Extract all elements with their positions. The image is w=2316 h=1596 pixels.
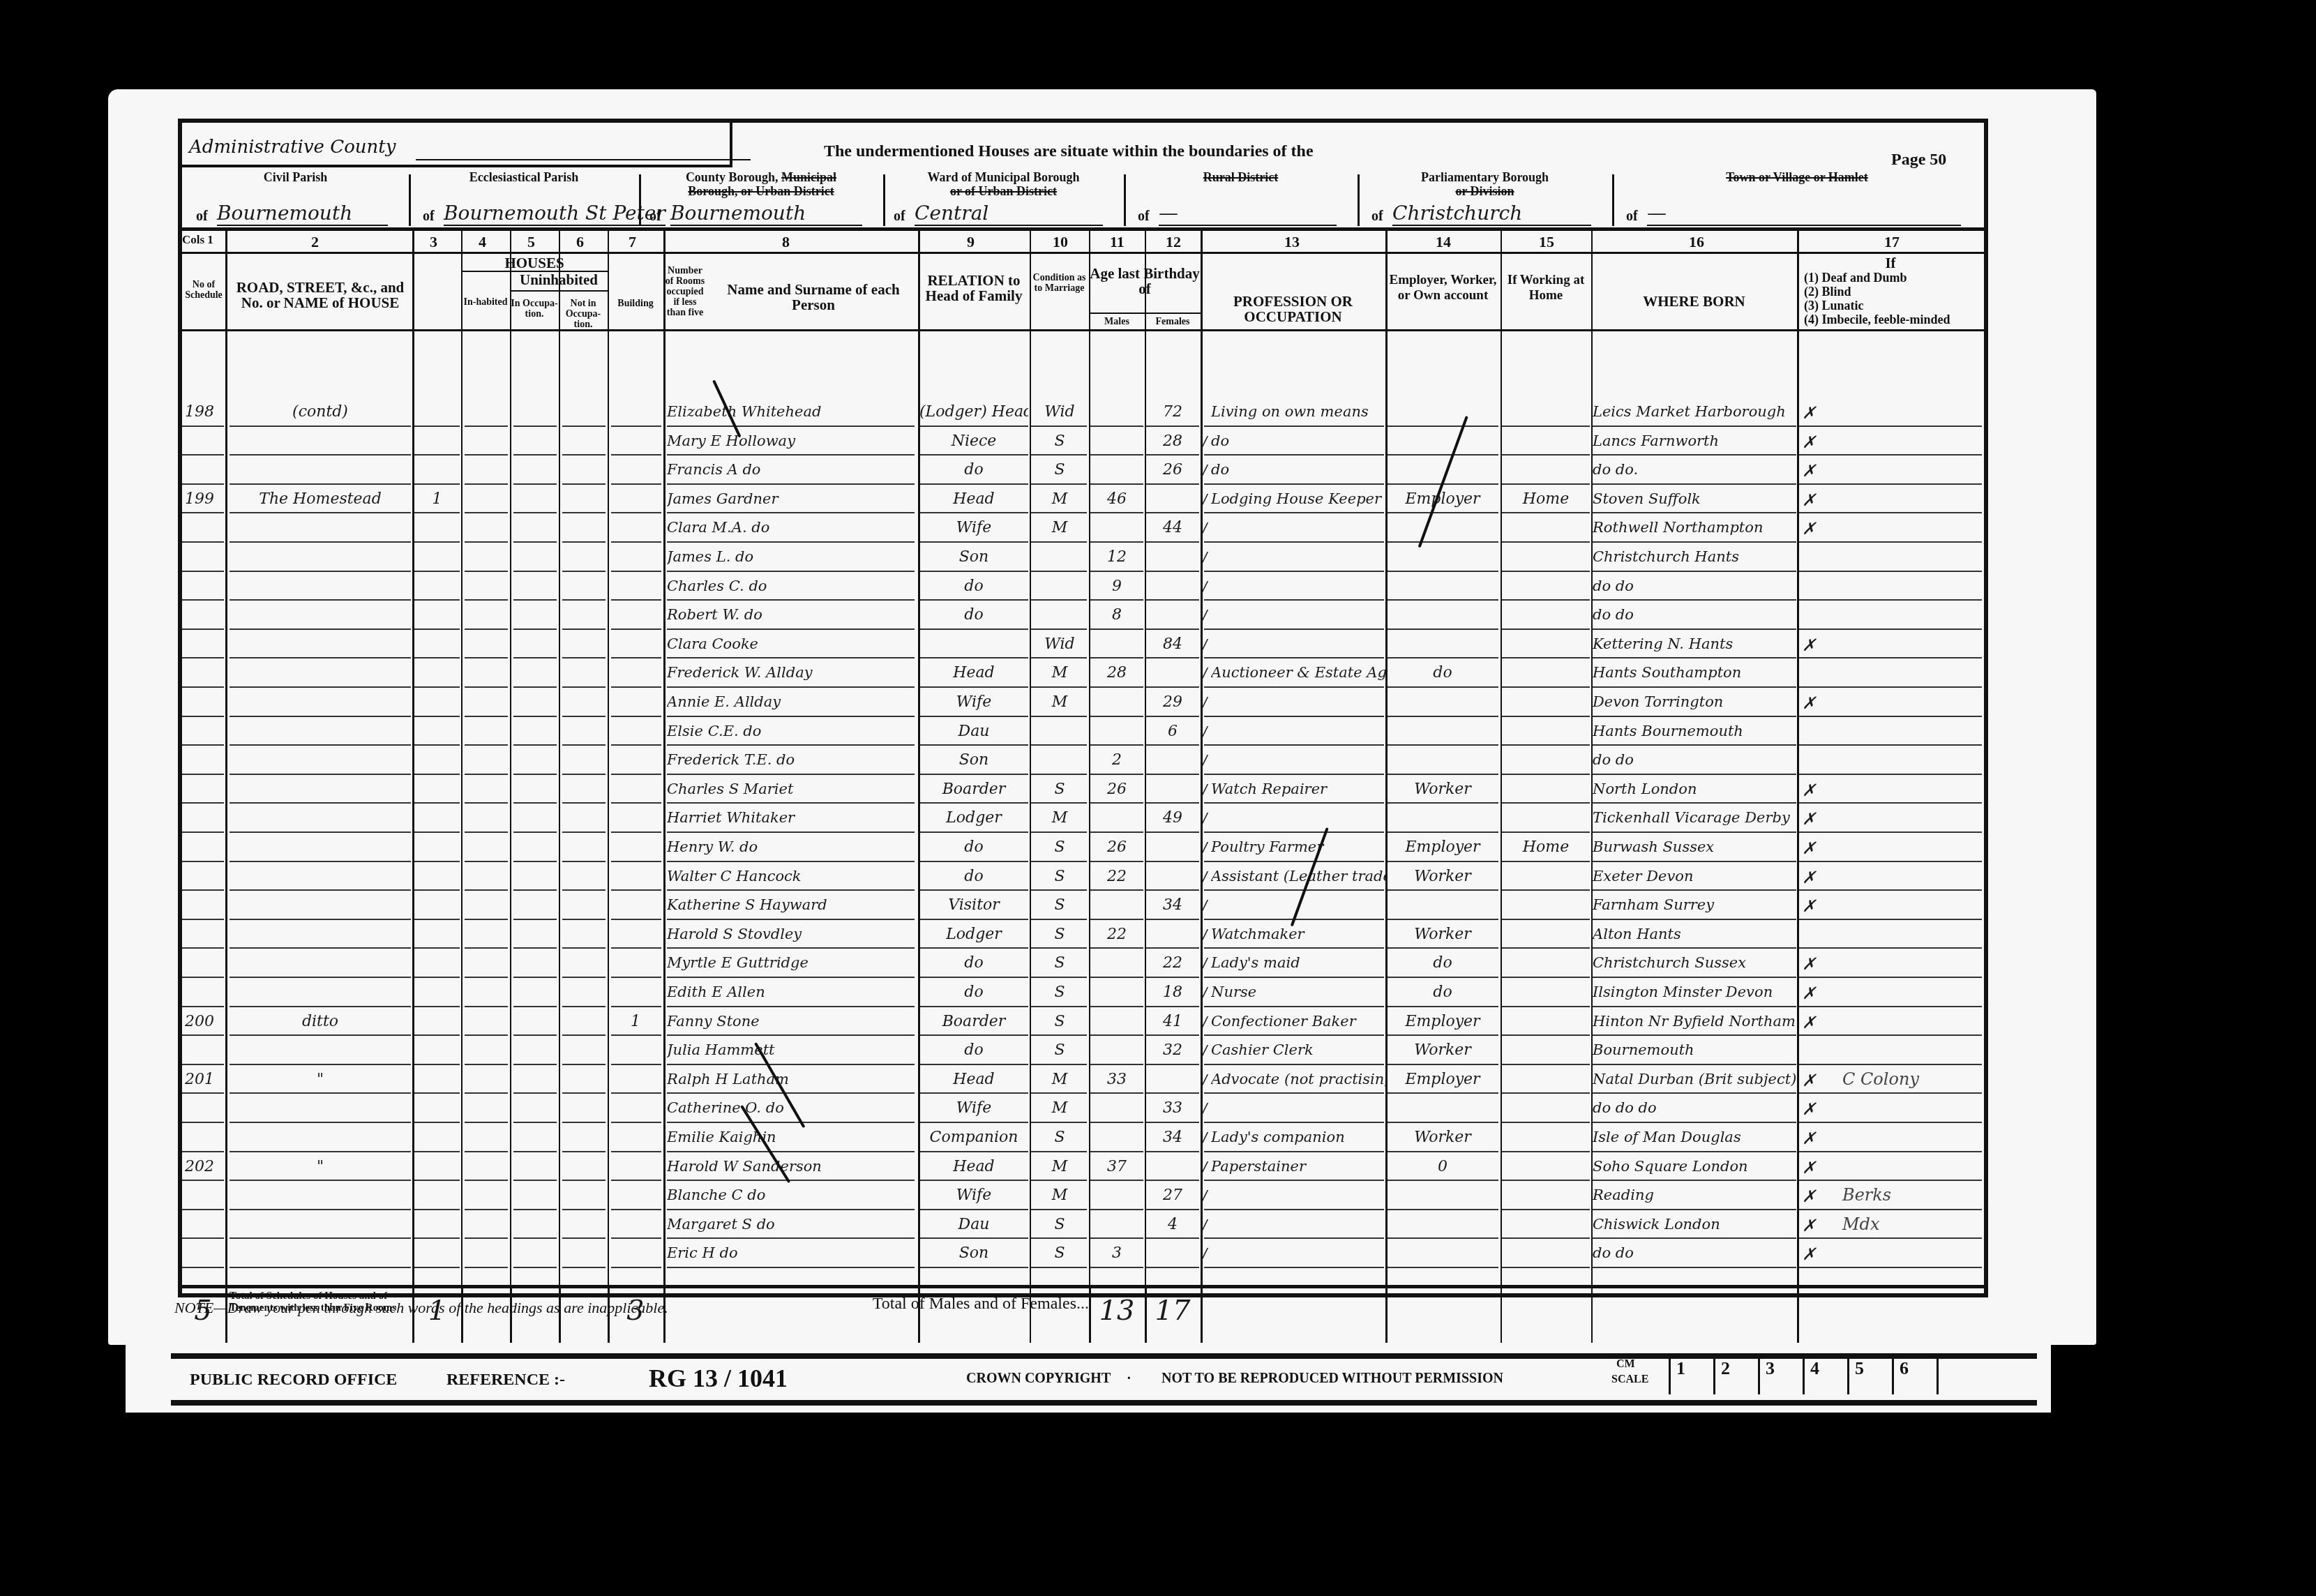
- footer-banner: PUBLIC RECORD OFFICE REFERENCE :- RG 13 …: [126, 1343, 2051, 1413]
- table-row: 199The Homestead1James GardnerHeadM46Lod…: [182, 488, 1984, 517]
- cell-born: Burwash Sussex: [1593, 838, 1796, 855]
- district-value: Bournemouth St Peter: [444, 202, 666, 226]
- cell-condition: S: [1031, 868, 1088, 885]
- scale-label-scale: SCALE: [1611, 1373, 1648, 1386]
- column-number: 14: [1436, 233, 1451, 251]
- table-row: Julia HammettdoS32Cashier ClerkWorkerBou…: [182, 1039, 1984, 1068]
- of-prefix: of: [196, 209, 208, 225]
- cell-condition: M: [1031, 664, 1088, 682]
- column-number: 3: [430, 233, 437, 251]
- cell-condition: M: [1031, 1187, 1088, 1204]
- cell-relation: Lodger: [919, 809, 1028, 827]
- cell-employer: Employer: [1387, 838, 1498, 856]
- cell-name: Ralph H Latham: [667, 1071, 917, 1087]
- cell-relation: do: [919, 838, 1028, 856]
- district-label: Town or Village or Hamlet: [1612, 170, 1982, 184]
- cell-name: Eric H do: [667, 1244, 917, 1261]
- margin-annotation: Mdx: [1842, 1214, 1879, 1234]
- cell-female-age: 27: [1146, 1187, 1199, 1204]
- cell-name: Charles C. do: [667, 578, 917, 594]
- district-value: Christchurch: [1392, 202, 1591, 226]
- cell-condition: Wid: [1031, 635, 1088, 653]
- cell-born: Chiswick London: [1593, 1216, 1796, 1233]
- cell-relation: Dau: [919, 1216, 1028, 1233]
- tick-icon: ✗: [1802, 954, 1816, 974]
- check-mark-icon: /: [1202, 840, 1207, 857]
- check-mark-icon: /: [1202, 1130, 1207, 1147]
- cell-employer: Employer: [1387, 1013, 1498, 1030]
- cell-relation: do: [919, 984, 1028, 1001]
- cell-relation: Companion: [919, 1129, 1028, 1146]
- column-header-name: Name and Surname of each Person: [709, 282, 918, 313]
- cell-name: Frederick T.E. do: [667, 751, 917, 768]
- tick-icon: ✗: [1802, 1216, 1816, 1235]
- cell-condition: M: [1031, 1071, 1088, 1088]
- check-mark-icon: /: [1202, 724, 1207, 741]
- cell-born: Exeter Devon: [1593, 868, 1796, 884]
- check-mark-icon: /: [1202, 637, 1207, 654]
- cell-name: Annie E. Allday: [667, 693, 917, 710]
- column-header-houses: HOUSES: [461, 255, 608, 271]
- cell-born: Hants Bournemouth: [1593, 723, 1796, 739]
- check-mark-icon: /: [1202, 1014, 1207, 1032]
- infirmity-option: (3) Lunatic: [1804, 299, 1864, 313]
- cell-name: Blanche C do: [667, 1187, 917, 1203]
- check-mark-icon: /: [1202, 520, 1207, 538]
- cell-schedule: 202: [185, 1158, 224, 1175]
- cell-occupation: Cashier Clerk: [1211, 1041, 1385, 1058]
- cell-born: do do: [1593, 606, 1796, 623]
- check-mark-icon: /: [1202, 869, 1207, 887]
- cell-occupation: Assistant (Leather trade): [1211, 868, 1385, 884]
- cell-born: Devon Torrington: [1593, 693, 1796, 710]
- table-row: Elsie C.E. doDau6Hants Bournemouth/: [182, 720, 1984, 749]
- check-mark-icon: /: [1202, 898, 1207, 915]
- table-row: Myrtle E GuttridgedoS22Lady's maiddoChri…: [182, 951, 1984, 981]
- cell-relation: Wife: [919, 1099, 1028, 1117]
- cell-road: ": [230, 1158, 411, 1175]
- cell-born: Lancs Farnworth: [1593, 432, 1796, 449]
- tick-icon: ✗: [1802, 461, 1816, 481]
- cell-condition: S: [1031, 954, 1088, 972]
- cell-employer: Worker: [1387, 868, 1498, 885]
- cell-relation: Wife: [919, 1187, 1028, 1204]
- note-text: NOTE—Draw your pen through such words of…: [174, 1299, 668, 1317]
- cell-relation: Boarder: [919, 781, 1028, 798]
- district-6: Town or Village or Hamletof—: [1612, 167, 1982, 227]
- table-row: Katherine S HaywardVisitorS34Farnham Sur…: [182, 894, 1984, 923]
- tick-icon: ✗: [1802, 781, 1816, 800]
- check-mark-icon: /: [1202, 1217, 1207, 1235]
- cell-employer: Employer: [1387, 1071, 1498, 1088]
- cell-name: Elsie C.E. do: [667, 723, 917, 739]
- column-number: 6: [576, 233, 584, 251]
- cell-condition: S: [1031, 926, 1088, 943]
- cell-female-age: 32: [1146, 1041, 1199, 1059]
- check-mark-icon: /: [1202, 492, 1207, 509]
- cell-born: Rothwell Northampton: [1593, 519, 1796, 536]
- column-header-inhabited: In-habited: [461, 297, 510, 308]
- cell-relation: Wife: [919, 693, 1028, 711]
- table-row: 200ditto1Fanny StoneBoarderS41Confection…: [182, 1010, 1984, 1039]
- cell-name: Myrtle E Guttridge: [667, 954, 917, 971]
- district-label: Ecclesiastical Parish: [409, 170, 639, 184]
- cell-female-age: 26: [1146, 461, 1199, 479]
- column-header-uninhabited: Uninhabited: [510, 272, 608, 287]
- tick-icon: ✗: [1802, 809, 1816, 829]
- cell-name: Robert W. do: [667, 606, 917, 623]
- cell-name: Edith E Allen: [667, 984, 917, 1000]
- check-mark-icon: /: [1202, 1188, 1207, 1205]
- cell-name: Frederick W. Allday: [667, 664, 917, 681]
- tick-icon: ✗: [1802, 1071, 1816, 1090]
- infirmity-option: (1) Deaf and Dumb: [1804, 271, 1907, 285]
- cell-female-age: 72: [1146, 403, 1199, 421]
- cell-schedule: 200: [185, 1013, 224, 1030]
- cell-born: Reading: [1593, 1187, 1796, 1203]
- of-prefix: of: [1371, 209, 1383, 225]
- cell-employer: Worker: [1387, 781, 1498, 798]
- cell-male-age: 22: [1090, 926, 1143, 943]
- district-0: Civil ParishofBournemouth: [182, 167, 409, 227]
- check-mark-icon: /: [1202, 1043, 1207, 1060]
- cell-relation: Head: [919, 1158, 1028, 1175]
- column-number: 2: [311, 233, 319, 251]
- cell-female-age: 4: [1146, 1216, 1199, 1233]
- check-mark-icon: /: [1202, 985, 1207, 1002]
- district-3: Ward of Municipal Boroughor of Urban Dis…: [883, 167, 1124, 227]
- cell-name: Katherine S Hayward: [667, 896, 917, 913]
- column-number: 5: [527, 233, 535, 251]
- cell-name: Clara M.A. do: [667, 519, 917, 536]
- cell-home: Home: [1502, 838, 1590, 856]
- cell-born: Alton Hants: [1593, 926, 1796, 942]
- column-header-males: Males: [1089, 317, 1145, 327]
- cell-occupation: Confectioner Baker: [1211, 1013, 1385, 1030]
- cell-name: Francis A do: [667, 461, 917, 478]
- cell-name: Mary E Holloway: [667, 432, 917, 449]
- column-header-females: Females: [1145, 317, 1201, 327]
- check-mark-icon: /: [1202, 550, 1207, 567]
- tick-icon: ✗: [1802, 1187, 1816, 1206]
- cell-schedule: 201: [185, 1071, 224, 1088]
- cell-male-age: 3: [1090, 1244, 1143, 1262]
- table-row: Charles C. dodo9do do/: [182, 575, 1984, 604]
- cell-home: Home: [1502, 490, 1590, 508]
- cell-female-age: 33: [1146, 1099, 1199, 1117]
- table-row: Clara M.A. doWifeM44Rothwell Northampton…: [182, 516, 1984, 545]
- cell-occupation: Lady's maid: [1211, 954, 1385, 971]
- cell-name: Fanny Stone: [667, 1013, 917, 1030]
- cell-born: Stoven Suffolk: [1593, 490, 1796, 507]
- cell-occupation: Advocate (not practising): [1211, 1071, 1385, 1087]
- cell-male-age: 22: [1090, 868, 1143, 885]
- cell-employer: Employer: [1387, 490, 1498, 508]
- scale-mark: 2: [1713, 1358, 1757, 1394]
- cell-employer: 0: [1387, 1158, 1498, 1175]
- column-number: Cols 1: [182, 233, 213, 247]
- cell-occupation: Nurse: [1211, 984, 1385, 1000]
- table-row: Frederick W. AlldayHeadM28Auctioneer & E…: [182, 661, 1984, 691]
- district-5: Parliamentary Boroughor DivisionofChrist…: [1358, 167, 1612, 227]
- cell-relation: Son: [919, 548, 1028, 566]
- cell-name: James L. do: [667, 548, 917, 565]
- cell-name: Henry W. do: [667, 838, 917, 855]
- cell-born: Isle of Man Douglas: [1593, 1129, 1796, 1145]
- tick-icon: ✗: [1802, 693, 1816, 713]
- cell-female-age: 41: [1146, 1013, 1199, 1030]
- cell-male-age: 26: [1090, 781, 1143, 798]
- cell-born: Christchurch Sussex: [1593, 954, 1796, 971]
- cell-condition: M: [1031, 809, 1088, 827]
- infirmity-option: (4) Imbecile, feeble-minded: [1804, 313, 1950, 327]
- cell-schedule: 198: [185, 403, 224, 421]
- cell-employer: Worker: [1387, 926, 1498, 943]
- column-header-condition: Condition as to Marriage: [1030, 273, 1089, 294]
- table-row: 201"Ralph H LathamHeadM33Advocate (not p…: [182, 1068, 1984, 1097]
- column-number: 17: [1884, 233, 1900, 251]
- cell-condition: S: [1031, 1041, 1088, 1059]
- cell-relation: (Lodger) Head: [919, 403, 1028, 421]
- cell-born: do do: [1593, 1244, 1796, 1261]
- district-value: Central: [915, 202, 1103, 226]
- cell-born: Natal Durban (Brit subject): [1593, 1071, 1796, 1087]
- cell-condition: S: [1031, 1216, 1088, 1233]
- scale-mark: 4: [1803, 1358, 1846, 1394]
- cell-name: Margaret S do: [667, 1216, 917, 1233]
- cell-female-age: 29: [1146, 693, 1199, 711]
- scale-mark: 1: [1669, 1358, 1712, 1394]
- cell-condition: M: [1031, 1099, 1088, 1117]
- cell-born: Bournemouth: [1593, 1041, 1796, 1058]
- cell-condition: S: [1031, 984, 1088, 1001]
- cell-occupation: Auctioneer & Estate Agent: [1211, 664, 1385, 681]
- column-number: 7: [629, 233, 636, 251]
- check-mark-icon: /: [1202, 1072, 1207, 1090]
- cell-relation: Lodger: [919, 926, 1028, 943]
- cell-condition: S: [1031, 1129, 1088, 1146]
- column-header-not-in-occupation: Not in Occupa-tion.: [559, 299, 608, 330]
- check-mark-icon: /: [1202, 1246, 1207, 1263]
- cell-born: Hants Southampton: [1593, 664, 1796, 681]
- scale-mark: 5: [1847, 1358, 1890, 1394]
- table-row: Catherine O. doWifeM33do do do/: [182, 1097, 1984, 1126]
- cell-name: Elizabeth Whitehead: [667, 403, 917, 420]
- cell-female-age: 44: [1146, 519, 1199, 536]
- cell-name: Julia Hammett: [667, 1041, 917, 1058]
- cell-name: Harold W Sanderson: [667, 1158, 917, 1175]
- cell-born: do do: [1593, 578, 1796, 594]
- tick-icon: ✗: [1802, 1129, 1816, 1148]
- total-males-females-label: Total of Males and of Females...: [684, 1295, 1089, 1313]
- column-header-in-occupation: In Occupa-tion.: [510, 299, 559, 319]
- margin-annotation: Berks: [1842, 1185, 1891, 1205]
- cell-male-age: 28: [1090, 664, 1143, 682]
- cell-born: Leics Market Harborough: [1593, 403, 1796, 420]
- tick-icon: ✗: [1802, 1244, 1816, 1264]
- cell-born: North London: [1593, 781, 1796, 797]
- cell-road: The Homestead: [230, 490, 411, 508]
- scale-mark: 6: [1892, 1358, 1935, 1394]
- cell-name: Clara Cooke: [667, 635, 917, 652]
- cell-male-age: 26: [1090, 838, 1143, 856]
- cell-born: Soho Square London: [1593, 1158, 1796, 1175]
- cell-born: do do do: [1593, 1099, 1796, 1116]
- check-mark-icon: /: [1202, 695, 1207, 712]
- check-mark-icon: /: [1202, 579, 1207, 596]
- check-mark-icon: /: [1202, 462, 1207, 480]
- column-number: 11: [1110, 233, 1125, 251]
- cell-relation: Son: [919, 751, 1028, 769]
- page-number: Page 50: [1891, 151, 1946, 170]
- cell-condition: S: [1031, 1013, 1088, 1030]
- cell-female-age: 34: [1146, 896, 1199, 914]
- cell-employer: do: [1387, 984, 1498, 1001]
- column-number: 13: [1284, 233, 1300, 251]
- reference-code: RG 13 / 1041: [649, 1364, 788, 1393]
- cell-relation: Son: [919, 1244, 1028, 1262]
- check-mark-icon: /: [1202, 665, 1207, 683]
- cell-condition: M: [1031, 1158, 1088, 1175]
- cell-relation: Dau: [919, 723, 1028, 740]
- table-row: Mary E HollowayNieceS28doLancs Farnworth…: [182, 430, 1984, 459]
- cell-occupation: Watchmaker: [1211, 926, 1385, 942]
- cell-condition: Wid: [1031, 403, 1088, 421]
- cell-born: Tickenhall Vicarage Derby: [1593, 809, 1796, 826]
- census-form: Administrative County The undermentioned…: [178, 119, 1988, 1297]
- table-row: James L. doSon12Christchurch Hants/: [182, 545, 1984, 575]
- copyright-label: CROWN COPYRIGHT: [966, 1371, 1111, 1387]
- tick-icon: ✗: [1802, 490, 1816, 510]
- cell-born: Hinton Nr Byfield Northampton: [1593, 1013, 1796, 1030]
- district-label: Rural District: [1124, 170, 1358, 184]
- column-number: 8: [782, 233, 790, 251]
- of-prefix: of: [649, 209, 661, 225]
- margin-annotation: C Colony: [1842, 1069, 1919, 1089]
- district-value: —: [1159, 202, 1337, 226]
- scale-mark: 3: [1758, 1358, 1801, 1394]
- cell-relation: do: [919, 1041, 1028, 1059]
- district-value: —: [1647, 202, 1961, 226]
- cell-male-age: 9: [1090, 578, 1143, 595]
- column-header-relation: RELATION to Head of Family: [918, 273, 1030, 303]
- table-row: Margaret S doDauS4Chiswick London/: [182, 1213, 1984, 1242]
- tick-icon: ✗: [1802, 838, 1816, 858]
- cell-name: Walter C Hancock: [667, 868, 917, 884]
- column-header-rooms: Number of Rooms occupied if less than fi…: [663, 266, 707, 318]
- cell-relation: Head: [919, 490, 1028, 508]
- reference-label: REFERENCE :-: [446, 1371, 565, 1390]
- of-prefix: of: [1138, 209, 1150, 225]
- cell-male-age: 8: [1090, 606, 1143, 624]
- table-row: Charles S MarietBoarderS26Watch Repairer…: [182, 778, 1984, 807]
- cell-female-age: 22: [1146, 954, 1199, 972]
- table-row: Walter C HancockdoS22Assistant (Leather …: [182, 865, 1984, 894]
- tick-icon: ✗: [1802, 519, 1816, 539]
- cell-relation: Niece: [919, 432, 1028, 450]
- cell-born: Kettering N. Hants: [1593, 635, 1796, 652]
- column-number: 4: [479, 233, 486, 251]
- cell-employer: Worker: [1387, 1129, 1498, 1146]
- cell-condition: S: [1031, 838, 1088, 856]
- of-prefix: of: [894, 209, 905, 225]
- column-number: 15: [1539, 233, 1554, 251]
- district-4: Rural Districtof—: [1124, 167, 1358, 227]
- check-mark-icon: /: [1202, 753, 1207, 770]
- cell-female-age: 49: [1146, 809, 1199, 827]
- check-mark-icon: /: [1202, 1159, 1207, 1177]
- table-row: Annie E. AlldayWifeM29Devon Torrington/: [182, 691, 1984, 720]
- cell-occupation: Lady's companion: [1211, 1129, 1385, 1145]
- cell-name: Harold S Stovdley: [667, 926, 917, 942]
- tick-icon: ✗: [1802, 984, 1816, 1003]
- cell-female-age: 34: [1146, 1129, 1199, 1146]
- cell-male-age: 2: [1090, 751, 1143, 769]
- cell-relation: Visitor: [919, 896, 1028, 914]
- cell-relation: Boarder: [919, 1013, 1028, 1030]
- column-number: 10: [1053, 233, 1068, 251]
- check-mark-icon: /: [1202, 811, 1207, 828]
- district-label: Civil Parish: [182, 170, 409, 184]
- intro-text: The undermentioned Houses are situate wi…: [824, 142, 1314, 161]
- cell-relation: Head: [919, 1071, 1028, 1088]
- cell-born: do do: [1593, 751, 1796, 768]
- tick-icon: ✗: [1802, 635, 1816, 655]
- tick-icon: ✗: [1802, 1158, 1816, 1177]
- cell-relation: Head: [919, 664, 1028, 682]
- cell-male-age: 12: [1090, 548, 1143, 566]
- district-2: County Borough, MunicipalBorough, or Urb…: [639, 167, 883, 227]
- cell-name: James Gardner: [667, 490, 917, 507]
- cell-name: Charles S Mariet: [667, 781, 917, 797]
- cell-inhabited: 1: [414, 490, 460, 508]
- scale-end: [1937, 1358, 1980, 1394]
- table-row: Emilie KaighinCompanionS34Lady's compani…: [182, 1126, 1984, 1155]
- district-value: Bournemouth: [217, 202, 388, 226]
- cell-relation: do: [919, 606, 1028, 624]
- cell-relation: do: [919, 461, 1028, 479]
- of-prefix: of: [423, 209, 435, 225]
- column-number: 16: [1689, 233, 1704, 251]
- column-number: 9: [967, 233, 975, 251]
- district-label: Parliamentary Boroughor Division: [1358, 170, 1612, 198]
- table-row: Eric H doSonS3do do/: [182, 1242, 1984, 1271]
- cell-employer: Worker: [1387, 1041, 1498, 1059]
- district-1: Ecclesiastical ParishofBournemouth St Pe…: [409, 167, 639, 227]
- column-header-age: Age last Birthday of: [1089, 266, 1201, 296]
- column-header-home: If Working at Home: [1501, 273, 1591, 303]
- infirmity-option: (2) Blind: [1804, 285, 1851, 299]
- cell-occupation: do: [1211, 432, 1385, 449]
- total-males: 13: [1090, 1295, 1143, 1327]
- cell-rooms: 1: [609, 1013, 662, 1030]
- cell-relation: do: [919, 868, 1028, 885]
- total-females: 17: [1146, 1295, 1199, 1327]
- district-label: County Borough, MunicipalBorough, or Urb…: [639, 170, 883, 198]
- cell-condition: M: [1031, 693, 1088, 711]
- cell-born: Ilsington Minster Devon: [1593, 984, 1796, 1000]
- table-row: Blanche C doWifeM27Reading/: [182, 1184, 1984, 1213]
- admin-county-label: Administrative County: [189, 137, 396, 158]
- cell-name: Harriet Whitaker: [667, 809, 917, 826]
- check-mark-icon: /: [1202, 927, 1207, 944]
- cell-born: Farnham Surrey: [1593, 896, 1796, 913]
- cell-condition: S: [1031, 896, 1088, 914]
- cell-occupation: Lodging House Keeper: [1211, 490, 1385, 507]
- table-row: 198(contd)Elizabeth Whitehead(Lodger) He…: [182, 400, 1984, 430]
- check-mark-icon: /: [1202, 782, 1207, 799]
- cell-road: ": [230, 1071, 411, 1088]
